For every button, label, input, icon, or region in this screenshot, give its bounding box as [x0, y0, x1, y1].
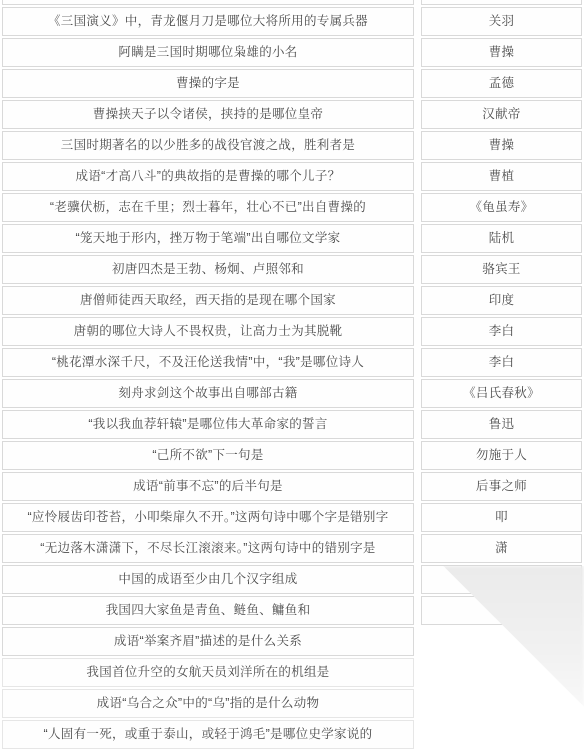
answer-cell: 勿施于人	[421, 441, 582, 470]
question-cell: 曹操的字是	[2, 69, 414, 98]
table-row: 成语“举案齐眉”描述的是什么关系	[2, 627, 582, 656]
quiz-table: 《三国演义》中，青龙偃月刀是哪位大将所用的专属兵器关羽阿瞒是三国时期哪位枭雄的小…	[2, 0, 582, 749]
answer-cell: 曹植	[421, 162, 582, 191]
answer-cell: 曹操	[421, 131, 582, 160]
table-row: 刻舟求剑这个故事出自哪部古籍《吕氏春秋》	[2, 379, 582, 408]
table-row: 成语“才高八斗”的典故指的是曹操的哪个儿子？曹植	[2, 162, 582, 191]
answer-cell: 骆宾王	[421, 255, 582, 284]
answer-cell: 陆机	[421, 224, 582, 253]
answer-cell: 汉献帝	[421, 100, 582, 129]
cut-off-answer-cell	[421, 0, 582, 5]
answer-cell: 曹操	[421, 38, 582, 67]
answer-cell: 李白	[421, 348, 582, 377]
table-row: “桃花潭水深千尺，不及汪伦送我情”中，“我”是哪位诗人李白	[2, 348, 582, 377]
table-row: “笼天地于形内，挫万物于笔端”出自哪位文学家陆机	[2, 224, 582, 253]
question-cell: 《三国演义》中，青龙偃月刀是哪位大将所用的专属兵器	[2, 7, 414, 36]
answer-cell-hidden	[421, 689, 582, 718]
question-cell: “己所不欲”下一句是	[2, 441, 414, 470]
table-row: 唐僧师徒西天取经，西天指的是现在哪个国家印度	[2, 286, 582, 315]
answer-cell	[421, 565, 582, 594]
table-row: 我国四大家鱼是青鱼、鲢鱼、鳙鱼和	[2, 596, 582, 625]
answer-cell: 印度	[421, 286, 582, 315]
question-cell: “应怜屐齿印苍苔，小叩柴扉久不开。”这两句诗中哪个字是错别字	[2, 503, 414, 532]
answer-cell: 孟德	[421, 69, 582, 98]
table-row: 成语“乌合之众”中的“乌”指的是什么动物	[2, 689, 582, 718]
answer-cell-hidden	[421, 627, 582, 656]
question-cell: 曹操挟天子以令诸侯，挟持的是哪位皇帝	[2, 100, 414, 129]
question-cell: 中国的成语至少由几个汉字组成	[2, 565, 414, 594]
cut-off-question-cell	[2, 0, 414, 5]
table-row: “应怜屐齿印苍苔，小叩柴扉久不开。”这两句诗中哪个字是错别字叩	[2, 503, 582, 532]
answer-cell: 后事之师	[421, 472, 582, 501]
question-cell: 唐僧师徒西天取经，西天指的是现在哪个国家	[2, 286, 414, 315]
answer-cell-hidden	[421, 658, 582, 687]
question-cell: 成语“才高八斗”的典故指的是曹操的哪个儿子？	[2, 162, 414, 191]
answer-cell-hidden	[421, 720, 582, 749]
table-row: 曹操的字是孟德	[2, 69, 582, 98]
question-cell: 初唐四杰是王勃、杨炯、卢照邻和	[2, 255, 414, 284]
table-row: “人固有一死，或重于泰山，或轻于鸿毛”是哪位史学家说的	[2, 720, 582, 749]
answer-cell: 《龟虽寿》	[421, 193, 582, 222]
table-row: 初唐四杰是王勃、杨炯、卢照邻和骆宾王	[2, 255, 582, 284]
table-row: 三国时期著名的以少胜多的战役官渡之战，胜利者是曹操	[2, 131, 582, 160]
answer-cell: 叩	[421, 503, 582, 532]
question-cell: “笼天地于形内，挫万物于笔端”出自哪位文学家	[2, 224, 414, 253]
question-cell: “我以我血荐轩辕”是哪位伟大革命家的誓言	[2, 410, 414, 439]
table-row: “老骥伏枥，志在千里；烈士暮年，壮心不已”出自曹操的《龟虽寿》	[2, 193, 582, 222]
question-cell: 成语“乌合之众”中的“乌”指的是什么动物	[2, 689, 414, 718]
answer-cell: 李白	[421, 317, 582, 346]
question-cell: 刻舟求剑这个故事出自哪部古籍	[2, 379, 414, 408]
question-cell: “老骥伏枥，志在千里；烈士暮年，壮心不已”出自曹操的	[2, 193, 414, 222]
answer-cell: 潇	[421, 534, 582, 563]
table-row: “无边落木潇潇下，不尽长江滚滚来。”这两句诗中的错别字是潇	[2, 534, 582, 563]
question-cell: 我国四大家鱼是青鱼、鲢鱼、鳙鱼和	[2, 596, 414, 625]
table-row: “己所不欲”下一句是勿施于人	[2, 441, 582, 470]
question-cell: “人固有一死，或重于泰山，或轻于鸿毛”是哪位史学家说的	[2, 720, 414, 749]
answer-cell: 《吕氏春秋》	[421, 379, 582, 408]
question-cell: 成语“举案齐眉”描述的是什么关系	[2, 627, 414, 656]
quiz-answer-sheet: 《三国演义》中，青龙偃月刀是哪位大将所用的专属兵器关羽阿瞒是三国时期哪位枭雄的小…	[0, 0, 584, 751]
table-row: 唐朝的哪位大诗人不畏权贵，让高力士为其脱靴李白	[2, 317, 582, 346]
question-cell: “桃花潭水深千尺，不及汪伦送我情”中，“我”是哪位诗人	[2, 348, 414, 377]
table-row: 阿瞒是三国时期哪位枭雄的小名曹操	[2, 38, 582, 67]
question-cell: 阿瞒是三国时期哪位枭雄的小名	[2, 38, 414, 67]
question-cell: 我国首位升空的女航天员刘洋所在的机组是	[2, 658, 414, 687]
answer-cell	[421, 596, 582, 625]
question-cell: 成语“前事不忘”的后半句是	[2, 472, 414, 501]
table-row: 中国的成语至少由几个汉字组成	[2, 565, 582, 594]
question-cell: “无边落木潇潇下，不尽长江滚滚来。”这两句诗中的错别字是	[2, 534, 414, 563]
cut-off-row	[2, 0, 582, 5]
question-cell: 唐朝的哪位大诗人不畏权贵，让高力士为其脱靴	[2, 317, 414, 346]
answer-cell: 关羽	[421, 7, 582, 36]
table-row: 我国首位升空的女航天员刘洋所在的机组是	[2, 658, 582, 687]
table-row: “我以我血荐轩辕”是哪位伟大革命家的誓言鲁迅	[2, 410, 582, 439]
table-row: 成语“前事不忘”的后半句是后事之师	[2, 472, 582, 501]
table-row: 《三国演义》中，青龙偃月刀是哪位大将所用的专属兵器关羽	[2, 7, 582, 36]
question-cell: 三国时期著名的以少胜多的战役官渡之战，胜利者是	[2, 131, 414, 160]
answer-cell: 鲁迅	[421, 410, 582, 439]
table-row: 曹操挟天子以令诸侯，挟持的是哪位皇帝汉献帝	[2, 100, 582, 129]
